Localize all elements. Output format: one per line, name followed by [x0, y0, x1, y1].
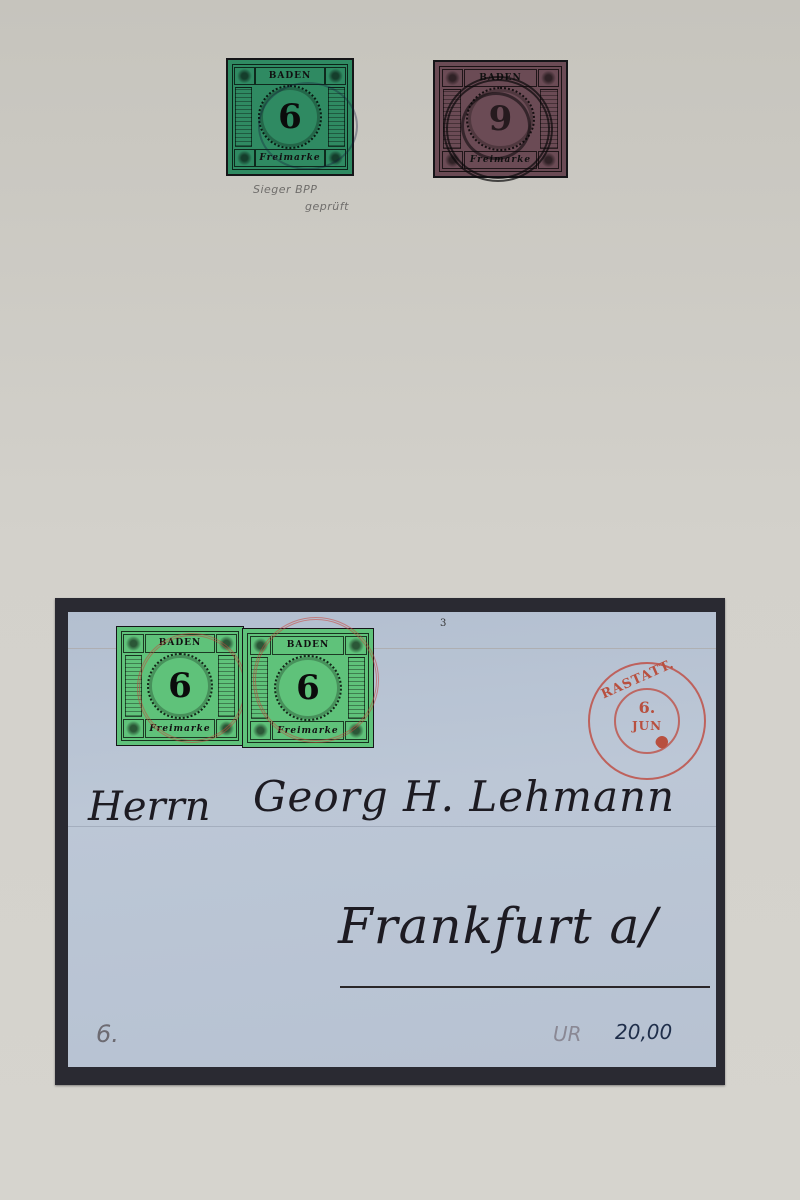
stamp-baden-6kr-green: BADEN 6 Freimarke — [226, 58, 354, 176]
price-note: 20,00 — [615, 1020, 672, 1044]
address-city: Frankfurt a/ — [338, 897, 658, 955]
stamp-value-label: Freimarke — [272, 721, 345, 740]
stamp-denomination: 6 — [296, 671, 320, 705]
address-salutation: Herrn — [88, 784, 211, 830]
rastatt-postmark: RASTATT. 6. JUN — [588, 662, 706, 780]
postal-cover: 3 BADEN 6 Freimarke BADEN 6 Freimarke RA… — [68, 612, 716, 1067]
address-name: Georg H. Lehmann — [253, 772, 675, 821]
stamp-denomination: 9 — [489, 102, 513, 136]
stamp-country-label: BADEN — [272, 636, 345, 655]
stamp-country-label: BADEN — [255, 67, 324, 85]
cover-top-mark: 3 — [440, 618, 446, 629]
stamp-value-label: Freimarke — [255, 149, 324, 167]
pencil-note-line2: geprüft — [305, 200, 349, 213]
stamp-denomination: 6 — [278, 100, 302, 134]
cover-stamp-right: BADEN 6 Freimarke — [242, 628, 374, 748]
stamp-country-label: BADEN — [145, 634, 216, 653]
postmark-day: 6. — [590, 698, 704, 717]
docket-number: 6. — [96, 1020, 119, 1048]
stamp-baden-9kr-rose: BADEN 9 Freimarke — [433, 60, 568, 178]
postmark-month: JUN — [590, 719, 704, 733]
stamp-country-label: BADEN — [464, 69, 537, 87]
cover-stamp-left: BADEN 6 Freimarke — [116, 626, 244, 746]
stamp-denomination: 6 — [168, 669, 192, 703]
stamp-value-label: Freimarke — [145, 719, 216, 738]
album-page: BADEN 6 Freimarke BADEN 9 Freimarke Sieg… — [0, 0, 800, 1200]
address-underline — [340, 986, 710, 988]
stamp-value-label: Freimarke — [464, 151, 537, 169]
pencil-note-line1: Sieger BPP — [253, 183, 317, 196]
dealer-initials: UR — [553, 1022, 582, 1046]
